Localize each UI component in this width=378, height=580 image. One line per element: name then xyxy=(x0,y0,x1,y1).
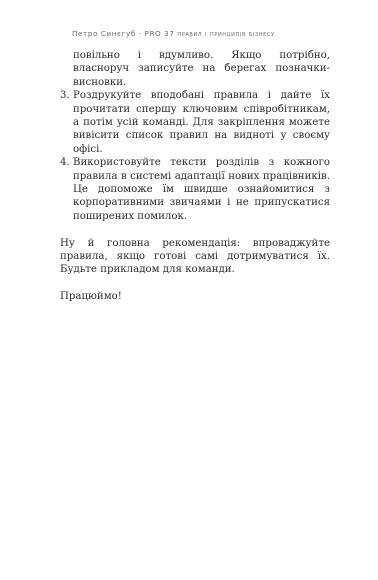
list-item: 3. Роздрукуйте вподобані правила і дайте… xyxy=(60,89,330,156)
header-author: Петро Синєгуб xyxy=(72,29,136,38)
recommendations-list: 3. Роздрукуйте вподобані правила і дайте… xyxy=(60,89,330,223)
page-body: повільно і вдумливо. Якщо потрібно, влас… xyxy=(60,49,330,304)
list-number: 3. xyxy=(60,89,70,102)
list-text: Роздрукуйте вподобані правила і дайте їх… xyxy=(73,90,330,155)
list-text: Використовуйте тексти розділів з кожного… xyxy=(73,157,330,222)
list-number: 4. xyxy=(60,156,70,169)
continuation-text: повільно і вдумливо. Якщо потрібно, влас… xyxy=(60,49,330,89)
list-item: 4. Використовуйте тексти розділів з кожн… xyxy=(60,156,330,223)
main-recommendation: Ну й головна рекомендація: впроваджуйте … xyxy=(60,237,330,277)
header-separator: · xyxy=(136,29,145,38)
running-head: Петро Синєгуб · PRO 37 правил і принципі… xyxy=(72,29,332,38)
closing-line: Працюймо! xyxy=(60,290,330,303)
header-book-title: PRO 37 правил і принципів бізнесу xyxy=(145,29,275,38)
